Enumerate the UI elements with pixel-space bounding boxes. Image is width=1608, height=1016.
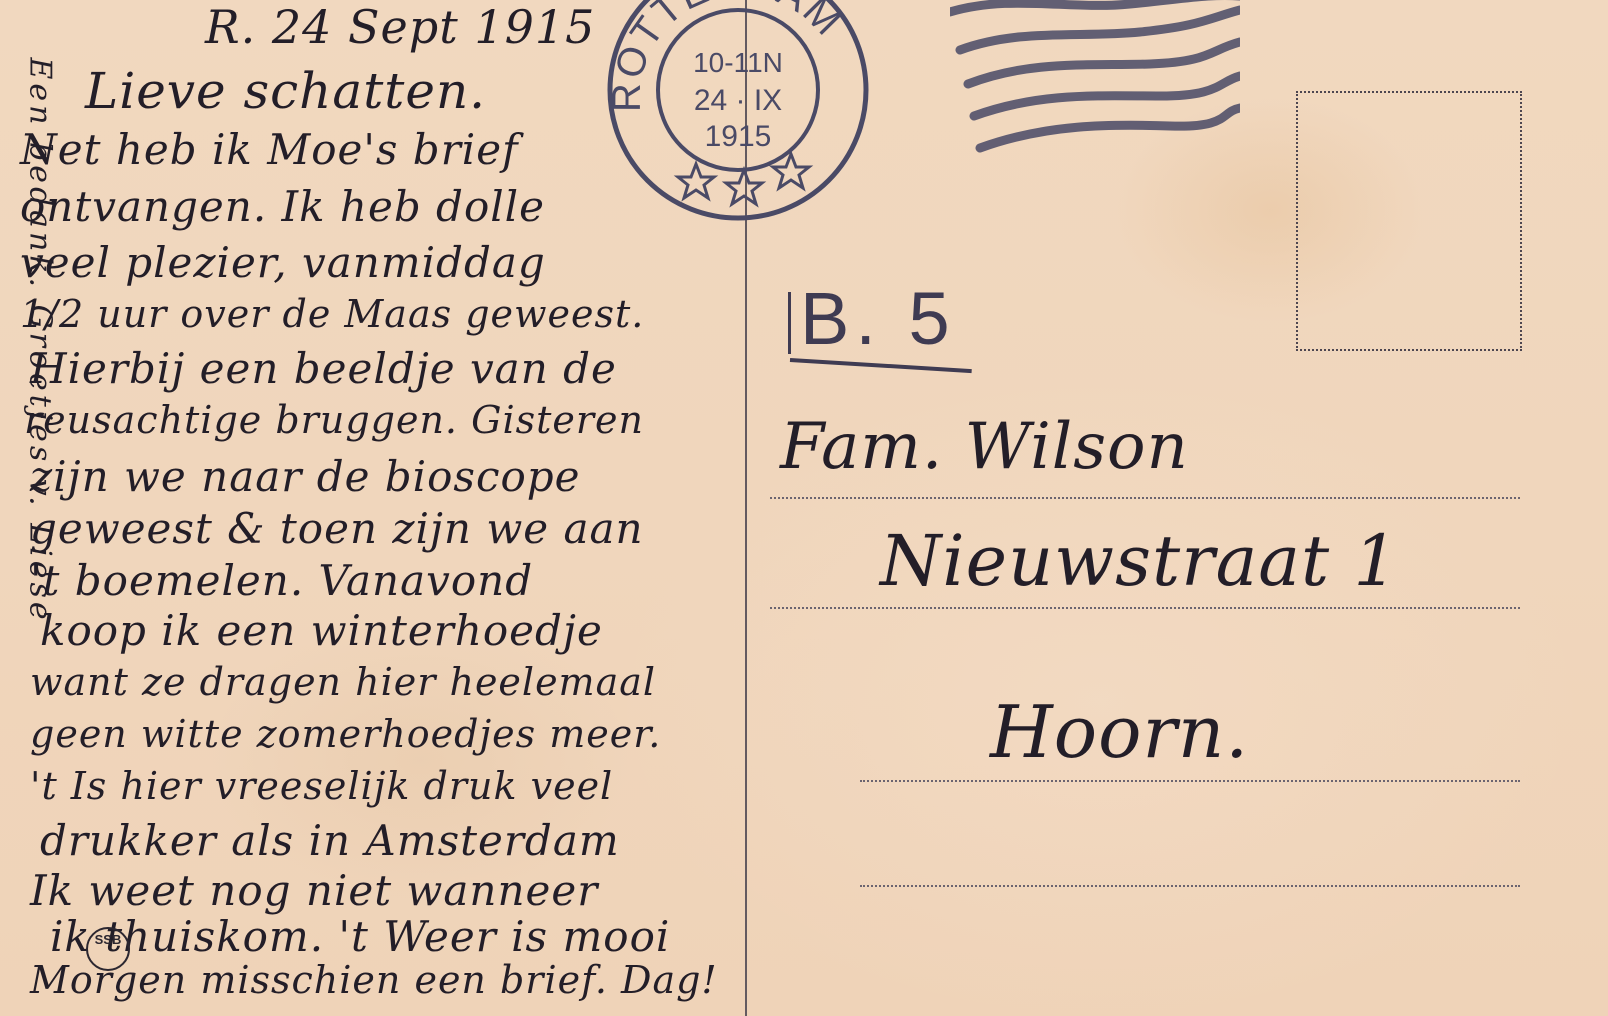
postcard: R. 24 Sept 1915 Lieve schatten. Net heb … <box>0 0 1608 1016</box>
message-line-2: Net heb ik Moe's brief <box>20 125 519 174</box>
message-line-11: koop ik een winterhoedje <box>40 606 603 655</box>
publisher-logo: SSB <box>86 927 130 971</box>
postmark-time: 10-11N <box>693 47 783 78</box>
message-line-5: 1/2 uur over de Maas geweest. <box>20 292 644 336</box>
address-line-4-rule <box>860 885 1520 887</box>
margin-note: Een bedank. Groetjes v. Liese <box>23 58 58 858</box>
message-line-15: drukker als in Amsterdam <box>40 816 620 865</box>
message-line-7: reusachtige bruggen. Gisteren <box>24 398 644 442</box>
message-line-12: want ze dragen hier heelemaal <box>30 660 656 704</box>
rotterdam-postmark: ROTTERDAM 10-11N 24 · IX 1915 <box>586 0 882 234</box>
censor-mark: B. 5 <box>786 280 1006 376</box>
wavy-cancellation <box>950 0 1240 160</box>
message-line-3: ontvangen. Ik heb dolle <box>20 182 545 231</box>
address-recipient: Fam. Wilson <box>780 410 1189 484</box>
message-line-17: ik thuiskom. 't Weer is mooi <box>50 912 670 961</box>
message-line-18: Morgen misschien een brief. Dag! <box>30 958 718 1002</box>
address-city: Hoorn. <box>990 690 1249 774</box>
postmark-date: 24 · IX <box>694 84 782 117</box>
star-icon <box>678 154 809 204</box>
message-line-1: Lieve schatten. <box>85 62 486 120</box>
message-line-9: geweest & toen zijn we aan <box>30 504 644 553</box>
message-line-16: Ik weet nog niet wanneer <box>30 866 598 915</box>
address-line-1-rule <box>770 497 1520 499</box>
message-line-6: Hierbij een beeldje van de <box>30 344 617 393</box>
date-line: R. 24 Sept 1915 <box>205 0 595 54</box>
message-line-4: veel plezier, vanmiddag <box>20 238 546 287</box>
censor-mark-tick <box>788 292 791 354</box>
message-line-10: 't boemelen. Vanavond <box>30 556 533 605</box>
address-line-3-rule <box>860 780 1520 782</box>
stamp-placeholder-box <box>1296 91 1522 351</box>
address-street: Nieuwstraat 1 <box>880 520 1399 602</box>
censor-mark-text: B. 5 <box>800 276 956 361</box>
message-line-13: geen witte zomerhoedjes meer. <box>30 712 661 756</box>
address-line-2-rule <box>770 607 1520 609</box>
message-line-14: 't Is hier vreeselijk druk veel <box>30 764 613 808</box>
postmark-year: 1915 <box>705 120 772 153</box>
message-line-8: zijn we naar de bioscope <box>30 452 581 501</box>
